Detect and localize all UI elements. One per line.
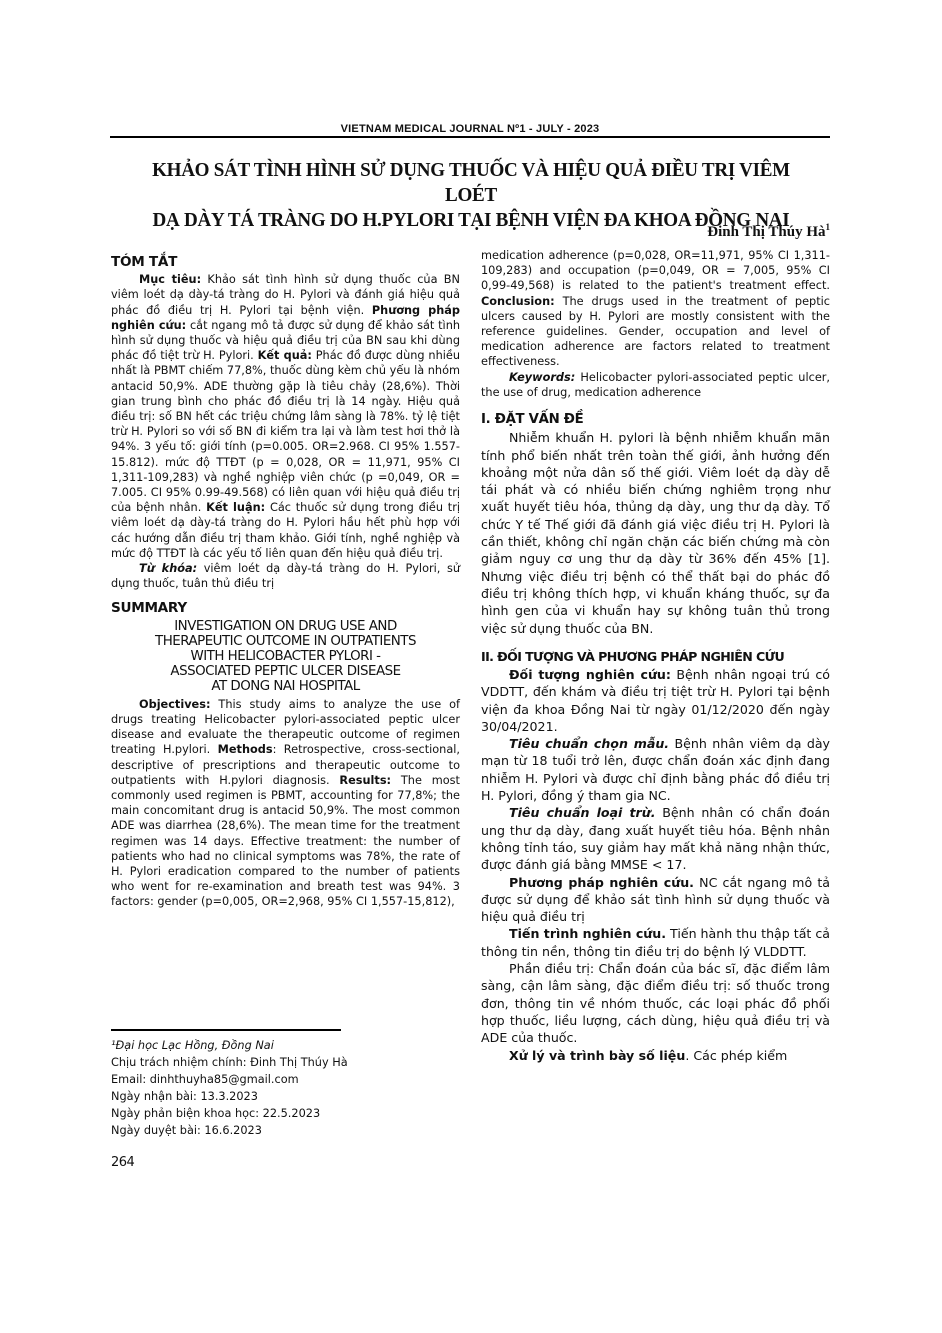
inclusion-label: Tiêu chuẩn chọn mẫu. [509, 736, 669, 751]
section2-heading: II. ĐỐI TƯỢNG VÀ PHƯƠNG PHÁP NGHIÊN CỨU [481, 649, 830, 664]
footnote-responsible: Chịu trách nhiệm chính: Đinh Thị Thúy Hà [111, 1054, 441, 1071]
subjects-label: Đối tượng nghiên cứu: [509, 667, 671, 682]
author-name: Đinh Thị Thúy Hà [707, 224, 825, 240]
keywords-vi: Từ khóa: viêm loét dạ dày-tá tràng do H.… [111, 561, 460, 591]
footnote-rule [111, 1029, 341, 1031]
inclusion-para: Tiêu chuẩn chọn mẫu. Bệnh nhân viêm dạ d… [481, 735, 830, 804]
section2-body: Đối tượng nghiên cứu: Bệnh nhân ngoại tr… [481, 666, 830, 1064]
conclusion-label: Kết luận: [206, 501, 265, 514]
section1-para1: Nhiễm khuẩn H. pylori là bệnh nhiễm khuẩ… [481, 429, 830, 637]
conclusion-en-label: Conclusion: [481, 295, 555, 308]
objective-label: Mục tiêu: [139, 273, 201, 286]
summary-title-line: THERAPEUTIC OUTCOME IN OUTPATIENTS [111, 634, 460, 649]
results-text: Phác đồ được dùng nhiều nhất là PBMT chi… [111, 349, 460, 514]
footnote-email: Email: dinhthuyha85@gmail.com [111, 1071, 441, 1088]
summary-title: INVESTIGATION ON DRUG USE AND THERAPEUTI… [111, 619, 460, 695]
author: Đinh Thị Thúy Hà1 [707, 222, 830, 241]
methods-en-label: Methods [218, 743, 273, 756]
footnote-accepted: Ngày duyệt bài: 16.6.2023 [111, 1122, 441, 1139]
exclusion-para: Tiêu chuẩn loại trừ. Bệnh nhân có chẩn đ… [481, 804, 830, 873]
summary-body-right: medication adherence (p=0,028, OR=11,971… [481, 248, 830, 370]
left-column: TÓM TẮT Mục tiêu: Khảo sát tình hình sử … [111, 250, 460, 910]
keywords-en-label: Keywords: [509, 371, 575, 384]
footnote-received: Ngày nhận bài: 13.3.2023 [111, 1088, 441, 1105]
footnote-affiliation: ¹Đại học Lạc Hồng, Đồng Nai [111, 1039, 274, 1052]
method-para: Phương pháp nghiên cứu. NC cắt ngang mô … [481, 874, 830, 926]
data-text: . Các phép kiểm [685, 1048, 787, 1063]
subjects-para: Đối tượng nghiên cứu: Bệnh nhân ngoại tr… [481, 666, 830, 735]
footnote-reviewed: Ngày phản biện khoa học: 22.5.2023 [111, 1105, 441, 1122]
treatment-para: Phần điều trị: Chẩn đoán của bác sĩ, đặc… [481, 960, 830, 1046]
title-line-1: KHẢO SÁT TÌNH HÌNH SỬ DỤNG THUỐC VÀ HIỆU… [130, 158, 813, 208]
results-en-label: Results: [339, 774, 391, 787]
affiliation-mark: 1 [826, 222, 831, 232]
data-para: Xử lý và trình bày số liệu. Các phép kiể… [481, 1047, 830, 1064]
header-rule [110, 136, 830, 138]
footnotes: ¹Đại học Lạc Hồng, Đồng Nai Chịu trách n… [111, 1037, 441, 1139]
results-en-text-part1: The most commonly used regimen is PBMT, … [111, 774, 460, 909]
abstract-vi-body: Mục tiêu: Khảo sát tình hình sử dụng thu… [111, 272, 460, 561]
summary-title-line: AT DONG NAI HOSPITAL [111, 679, 460, 694]
keywords-vi-label: Từ khóa: [139, 562, 197, 575]
process-para: Tiến trình nghiên cứu. Tiến hành thu thậ… [481, 925, 830, 960]
summary-title-line: INVESTIGATION ON DRUG USE AND [111, 619, 460, 634]
section1-heading: I. ĐẶT VẤN ĐỀ [481, 412, 830, 427]
summary-title-line: WITH HELICOBACTER PYLORI - [111, 649, 460, 664]
summary-title-line: ASSOCIATED PEPTIC ULCER DISEASE [111, 664, 460, 679]
data-label: Xử lý và trình bày số liệu [509, 1048, 685, 1063]
exclusion-label: Tiêu chuẩn loại trừ. [509, 805, 656, 820]
process-label: Tiến trình nghiên cứu. [509, 926, 666, 941]
results-en-text-part2: medication adherence (p=0,028, OR=11,971… [481, 249, 830, 292]
objectives-label: Objectives: [139, 698, 210, 711]
journal-header: VIETNAM MEDICAL JOURNAL Nº1 - JULY - 202… [110, 123, 830, 135]
summary-heading: SUMMARY [111, 601, 460, 616]
journal-page: VIETNAM MEDICAL JOURNAL Nº1 - JULY - 202… [0, 0, 942, 1333]
right-column: medication adherence (p=0,028, OR=11,971… [481, 248, 830, 1064]
page-number: 264 [111, 1155, 134, 1170]
keywords-en: Keywords: Helicobacter pylori-associated… [481, 370, 830, 400]
summary-body-left: Objectives: This study aims to analyze t… [111, 697, 460, 910]
results-label: Kết quả: [258, 349, 312, 362]
abstract-vi-heading: TÓM TẮT [111, 255, 460, 270]
method-label: Phương pháp nghiên cứu. [509, 875, 694, 890]
